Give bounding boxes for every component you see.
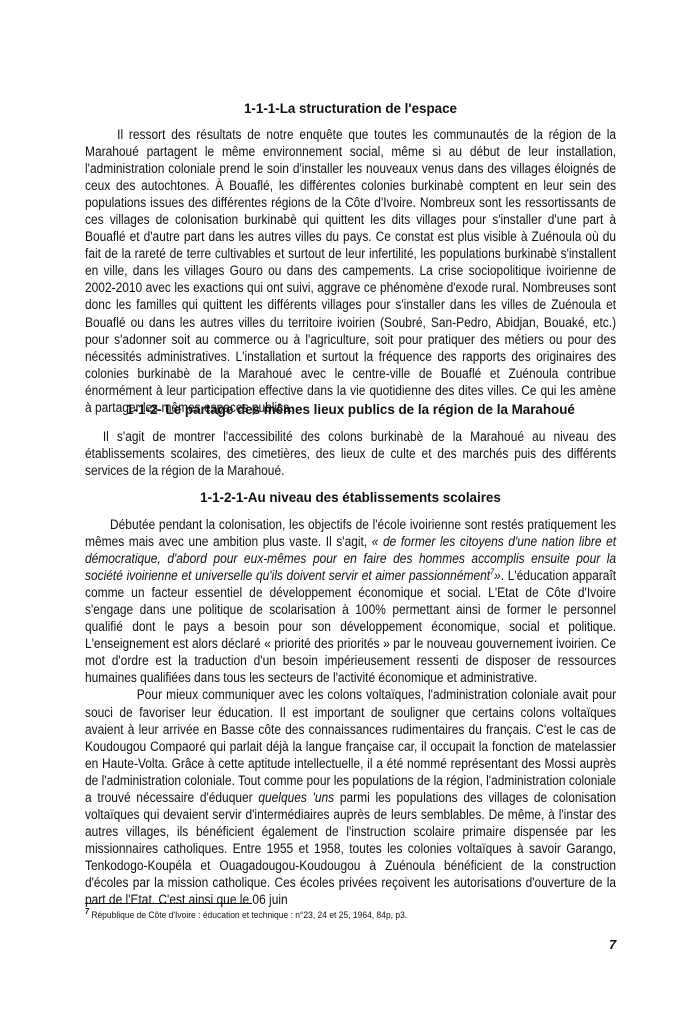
section-heading-1-1-2-1: 1-1-2-1-Au niveau des établissements sco… (85, 489, 616, 506)
document-page: 1-1-1-La structuration de l'espace Il re… (0, 0, 700, 1028)
quote-close: » (494, 568, 501, 583)
heading-etablissements-scolaires: 1-1-2-1-Au niveau des établissements sco… (85, 489, 616, 506)
paragraph-text: Il s'agit de montrer l'accessibilité des… (85, 428, 616, 479)
section-heading-1-1-1: 1-1-1-La structuration de l'espace (85, 100, 616, 117)
text-run: . L'éducation apparaît comme un facteur … (85, 568, 616, 685)
heading-structuration: 1-1-1-La structuration de l'espace (85, 100, 616, 117)
section-heading-1-1-2: 1-1-2- Le partage des mêmes lieux public… (85, 401, 616, 418)
paragraph-structuration: Il ressort des résultats de notre enquêt… (85, 126, 616, 416)
paragraph-text-colons-voltaiques: Pour mieux communiquer avec les colons v… (85, 686, 616, 908)
italic-emphasis: quelques 'uns (258, 790, 334, 805)
page-number: 7 (609, 937, 616, 952)
footnote-separator (85, 903, 252, 904)
paragraph-text: Il ressort des résultats de notre enquêt… (85, 126, 616, 416)
paragraph-partage: Il s'agit de montrer l'accessibilité des… (85, 428, 616, 479)
footnote-text: République de Côte d'Ivoire : éducation … (89, 910, 407, 921)
heading-partage-lieux-publics: 1-1-2- Le partage des mêmes lieux public… (85, 401, 616, 418)
paragraph-text-education: Débutée pendant la colonisation, les obj… (85, 516, 616, 686)
paragraph-etablissements: Débutée pendant la colonisation, les obj… (85, 516, 616, 908)
text-run: parmi les populations des villages de co… (85, 790, 616, 907)
text-run: Pour mieux communiquer avec les colons v… (85, 687, 616, 804)
footnote: 7 République de Côte d'Ivoire : éducatio… (85, 910, 605, 922)
